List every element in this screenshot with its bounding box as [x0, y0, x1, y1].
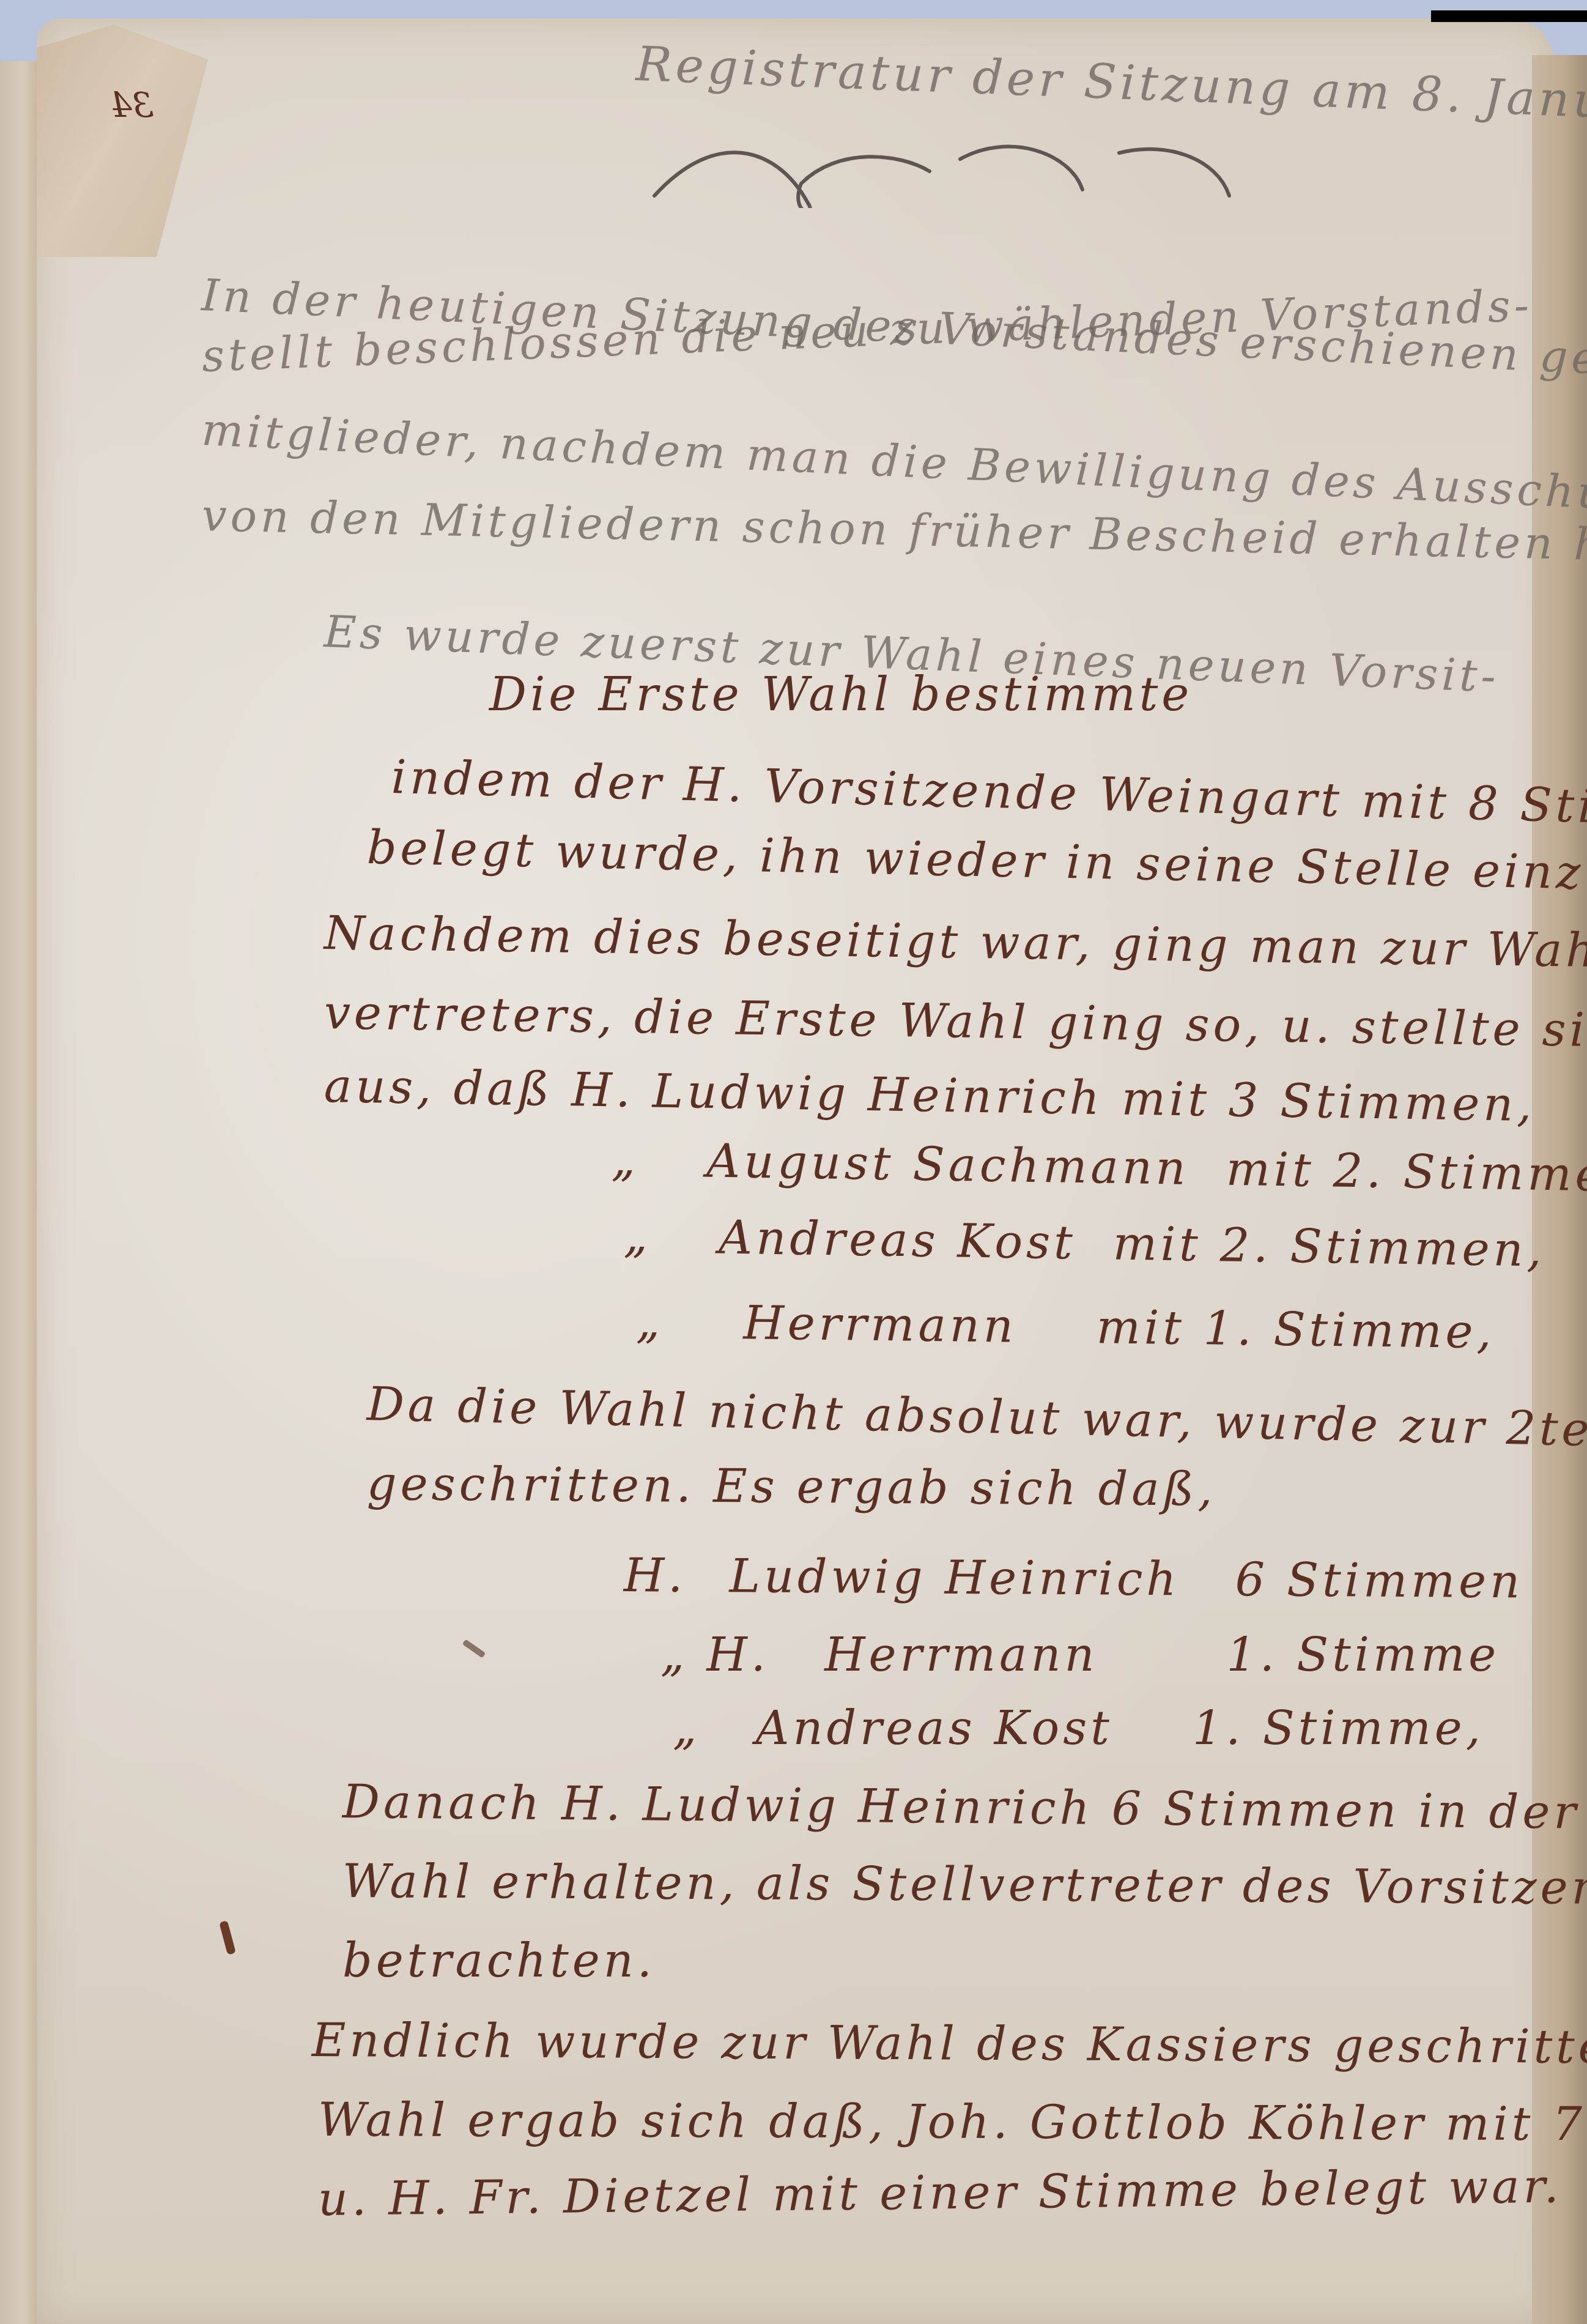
body-line-12: Endlich wurde zur Wahl des Kassiers gesc… — [312, 2013, 1587, 2076]
first-ballot-row: „ Herrmann mit 1. Stimme, — [635, 1294, 1495, 1359]
ditto-mark: „ — [635, 1294, 664, 1349]
candidate-name: Andreas Kost — [719, 1209, 1077, 1269]
vote-count: 1. Stimme, — [1193, 1701, 1484, 1755]
title-prefix: H. — [624, 1548, 687, 1603]
body-line-11: betrachten. — [342, 1933, 656, 1988]
scanned-document-scene: 34 Registratur der Sitzung am 8. Januar … — [0, 0, 1587, 2324]
vote-count: mit 2. Stimmen, — [1112, 1216, 1545, 1277]
title-flourish — [642, 135, 1376, 208]
ditto-mark: „ — [673, 1701, 700, 1755]
vote-count: 1. Stimme — [1227, 1627, 1500, 1682]
vote-count: 6 Stimmen — [1235, 1552, 1523, 1608]
body-line-13: Wahl ergab sich daß, Joh. Gottlob Köhler… — [318, 2092, 1587, 2152]
candidate-name: Ludwig Heinrich — [729, 1548, 1180, 1606]
vote-count: mit 2. Stimmen, — [1226, 1142, 1587, 1203]
candidate-name: Herrmann — [824, 1627, 1098, 1682]
ditto-mark: „ — [611, 1132, 640, 1187]
body-line-8: geschritten. Es ergab sich daß, — [367, 1456, 1216, 1517]
candidate-name: Andreas Kost — [756, 1701, 1113, 1755]
vote-count: mit 1. Stimme, — [1096, 1299, 1495, 1359]
body-line-1: Die Erste Wahl bestimmte — [489, 667, 1193, 721]
body-line-10: Wahl erhalten, als Stellvertreter des Vo… — [342, 1854, 1587, 1915]
redaction-bar — [1431, 10, 1587, 22]
second-ballot-row: „ H. Herrmann 1. Stimme — [660, 1627, 1500, 1682]
candidate-name: Herrmann — [743, 1295, 1017, 1353]
ditto-mark: „ — [623, 1208, 652, 1263]
candidate-name: August Sachmann — [706, 1133, 1190, 1195]
second-ballot-row: H. Ludwig Heinrich 6 Stimmen — [624, 1548, 1524, 1608]
second-ballot-row: „ Andreas Kost 1. Stimme, — [673, 1701, 1484, 1755]
ditto-mark: „ H. — [660, 1627, 769, 1682]
folio-number: 34 — [110, 86, 154, 125]
